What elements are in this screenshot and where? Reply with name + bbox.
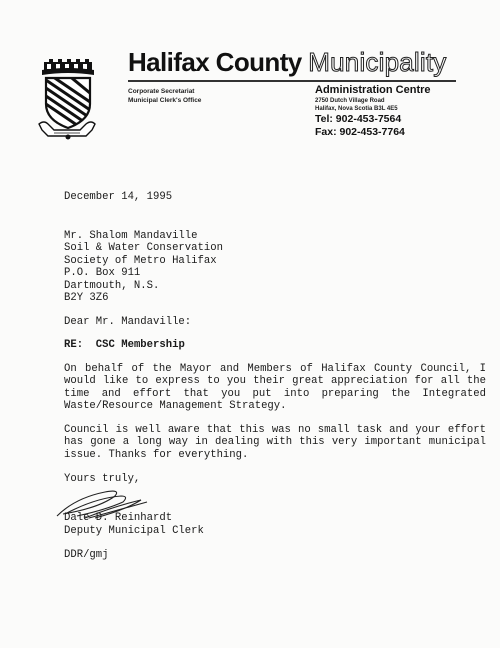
department-block: Corporate Secretariat Municipal Clerk's … [128,88,201,105]
recipient-line: Soil & Water Conservation [64,242,223,254]
body-paragraph: On behalf of the Mayor and Members of Ha… [64,363,486,413]
salutation: Dear Mr. Mandaville: [64,316,191,328]
subject-text: CSC Membership [96,339,185,351]
admin-centre-heading: Administration Centre [315,84,431,97]
recipient-line: P.O. Box 911 [64,267,223,279]
subject-line: RE: CSC Membership [64,339,185,351]
recipient-line: B2Y 3Z6 [64,292,223,304]
subject-label: RE: [64,339,83,351]
address-line: Halifax, Nova Scotia B3L 4E5 [315,105,431,113]
recipient-line: Dartmouth, N.S. [64,280,223,292]
signer-title: Deputy Municipal Clerk [64,525,204,537]
address-line: 2750 Dutch Village Road [315,97,431,105]
letterhead-divider [128,80,456,82]
recipient-address: Mr. Shalom MandavilleSoil & Water Conser… [64,230,223,304]
letterhead-title: Halifax County Municipality [128,47,447,77]
recipient-line: Mr. Shalom Mandaville [64,230,223,242]
org-name-outline: Municipality [308,47,446,77]
recipient-line: Society of Metro Halifax [64,255,223,267]
admin-centre-block: Administration Centre 2750 Dutch Village… [315,84,431,139]
municipal-crest-icon [36,56,98,140]
body-paragraph: Council is well aware that this was no s… [64,424,486,461]
department-line: Corporate Secretariat [128,88,201,97]
department-line: Municipal Clerk's Office [128,97,201,106]
letter-date: December 14, 1995 [64,191,172,203]
signer-name: Dale D. Reinhardt [64,512,172,524]
fax-number: Fax: 902-453-7764 [315,126,431,139]
telephone-number: Tel: 902-453-7564 [315,113,431,126]
reference-initials: DDR/gmj [64,549,109,561]
org-name-bold: Halifax County [128,47,302,77]
